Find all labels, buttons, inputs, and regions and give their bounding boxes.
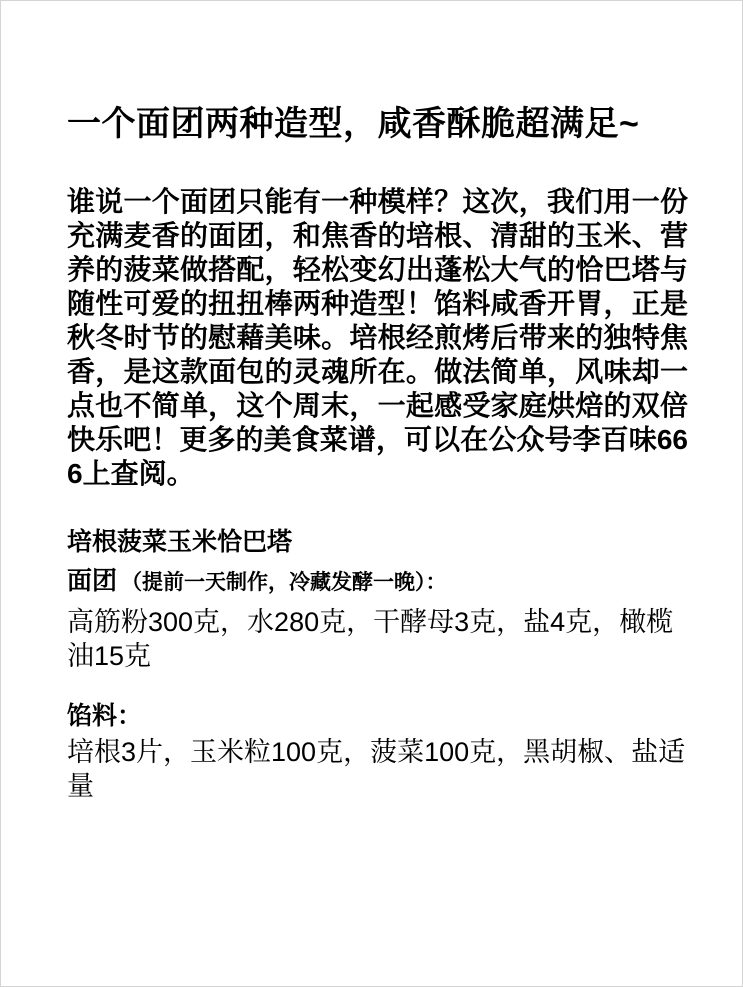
filling-ingredients: 培根3片，玉米粒100克，菠菜100克，黑胡椒、盐适量 [67, 735, 688, 803]
dough-label: 面团 [67, 567, 117, 595]
intro-paragraph: 谁说一个面团只能有一种模样？这次，我们用一份充满麦香的面团，和焦香的培根、清甜的… [67, 185, 688, 491]
document-page: 一个面团两种造型，咸香酥脆超满足~ 谁说一个面团只能有一种模样？这次，我们用一份… [0, 0, 743, 987]
dough-note: （提前一天制作，冷藏发酵一晚）： [121, 571, 447, 594]
filling-label: 馅料： [67, 701, 688, 731]
dough-ingredients: 高筋粉300克，水280克，干酵母3克，盐4克，橄榄油15克 [67, 605, 688, 673]
recipe-title: 培根菠菜玉米恰巴塔 [67, 527, 688, 557]
document-content: 一个面团两种造型，咸香酥脆超满足~ 谁说一个面团只能有一种模样？这次，我们用一份… [1, 1, 742, 803]
dough-section-header: 面团（提前一天制作，冷藏发酵一晚）： [67, 565, 688, 601]
page-title: 一个面团两种造型，咸香酥脆超满足~ [67, 105, 688, 143]
